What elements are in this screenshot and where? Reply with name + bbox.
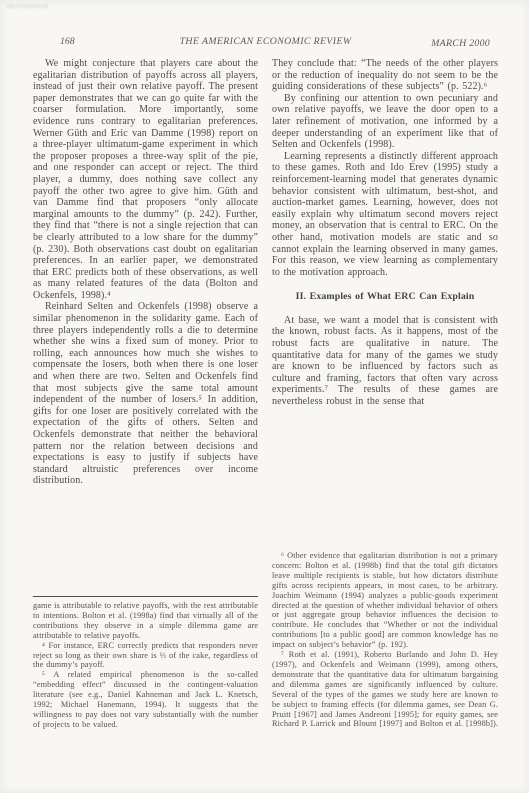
- paragraph: By confining our attention to own pecuni…: [272, 93, 498, 151]
- footnote-7: ⁷ Roth et al. (1991), Roberto Burlando a…: [272, 650, 498, 729]
- journal-title: THE AMERICAN ECONOMIC REVIEW: [33, 36, 498, 47]
- running-head: 168 THE AMERICAN ECONOMIC REVIEW MARCH 2…: [33, 36, 498, 50]
- paragraph: They conclude that: “The needs of the ot…: [272, 58, 498, 93]
- paragraph: We might conjecture that players care ab…: [33, 58, 258, 301]
- footnote-continuation: game is attributable to relative payoffs…: [33, 601, 258, 641]
- section-heading: II. Examples of What ERC Can Explain: [272, 291, 498, 303]
- paragraph: At base, we want a model that is consist…: [272, 315, 498, 408]
- scan-corner-artifact: OC03SGR5M: [7, 4, 49, 10]
- paragraph: Reinhard Selten and Ockenfels (1998) obs…: [33, 301, 258, 487]
- issue-date: MARCH 2000: [431, 38, 490, 49]
- left-footnotes: game is attributable to relative payoffs…: [33, 596, 258, 730]
- footnote-5: ⁵ A related empirical phenomenon is the …: [33, 670, 258, 729]
- right-footnotes: ⁶ Other evidence that egalitarian distri…: [272, 551, 498, 729]
- footnote-6: ⁶ Other evidence that egalitarian distri…: [272, 551, 498, 650]
- scanned-paper-page: OC03SGR5M 168 THE AMERICAN ECONOMIC REVI…: [0, 0, 529, 793]
- right-column: They conclude that: “The needs of the ot…: [272, 58, 498, 408]
- footnote-4: ⁴ For instance, ERC correctly predicts t…: [33, 641, 258, 671]
- paragraph: Learning represents a distinctly differe…: [272, 151, 498, 279]
- left-column: We might conjecture that players care ab…: [33, 58, 258, 487]
